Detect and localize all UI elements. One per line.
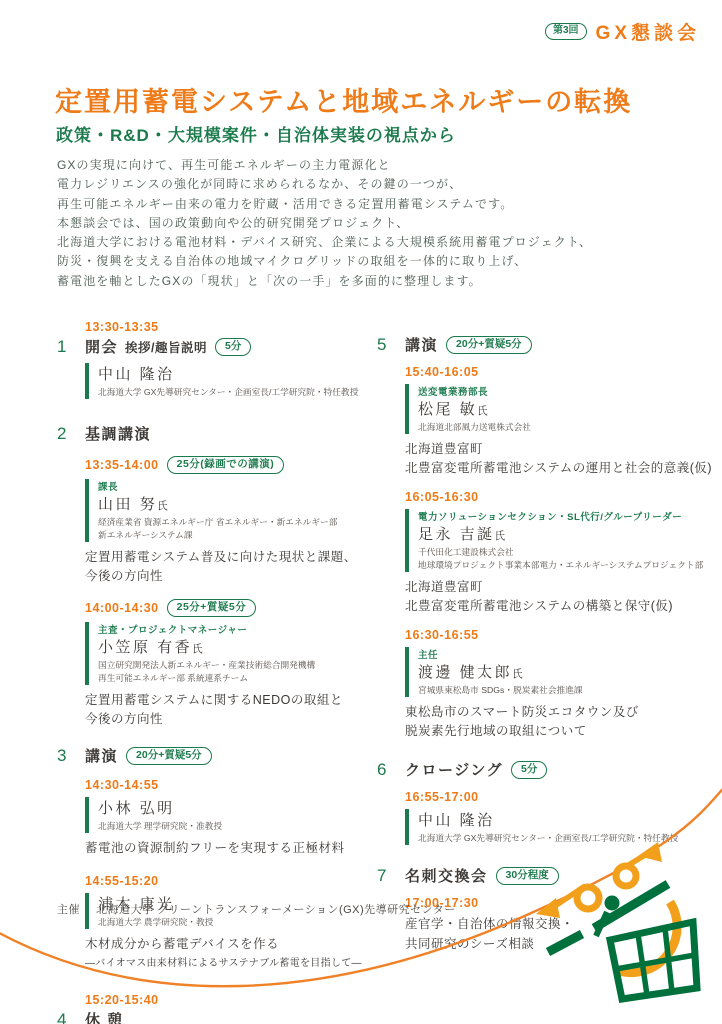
time-text: 13:35-14:00: [85, 458, 159, 472]
speaker-accent-bar: [405, 384, 409, 434]
speaker-name: 足永 吉誕氏: [418, 523, 703, 544]
item7-header: 7 名刺交換会 30分程度: [377, 865, 715, 886]
time-text: 16:55-17:00: [405, 790, 479, 804]
session-time: 14:00-14:30 25分+質疑5分: [85, 599, 365, 617]
speaker-role: 電力ソリューションセクション・SL代行/グループリーダー: [418, 509, 703, 523]
talk-line: 脱炭素先行地域の取組について: [405, 722, 715, 741]
speaker-block: 送変電業務部長 松尾 敏氏 北海道北部風力送電株式会社: [405, 384, 715, 434]
page-subtitle: 政策・R&D・大規模案件・自治体実装の視点から: [56, 121, 456, 146]
session-time: 14:55-15:20: [85, 874, 365, 888]
intro-line: 防災・復興を支える自治体の地域マイクログリッドの取組を一体的に取り上げ、: [57, 252, 592, 271]
intro-line: 蓄電池を軸としたGXの「現状」と「次の一手」を多面的に整理します。: [57, 272, 592, 291]
talk-line: 北豊富変電所蓄電池システムの構築と保守(仮): [405, 597, 715, 616]
time-text: 16:05-16:30: [405, 490, 479, 504]
intro-line: 電力レジリエンスの強化が同時に求められるなか、その鍵の一つが、: [57, 175, 592, 194]
item2-header: 2 基調講演: [57, 423, 365, 444]
speaker-affiliation: 北海道大学 農学研究院・教授: [98, 916, 213, 929]
speaker-name: 小林 弘明: [98, 797, 222, 818]
session-block: 14:55-15:20 浦木 康光 北海道大学 農学研究院・教授 木材成分から蓄…: [85, 874, 365, 973]
item6-title: クロージング: [405, 759, 503, 780]
duration-badge: 25分(録画での講演): [167, 456, 285, 474]
affiliation-line: 新エネルギーシステム課: [98, 529, 337, 542]
name-text: 松尾 敏: [418, 401, 477, 418]
item2-number: 2: [57, 424, 85, 444]
session-description: 産官学・自治体の情報交換・ 共同研究のシーズ相談: [405, 914, 715, 954]
session-block: 16:05-16:30 電力ソリューションセクション・SL代行/グループリーダー…: [405, 490, 715, 616]
affiliation-line: 再生可能エネルギー部 系統連系チーム: [98, 672, 315, 685]
item6-duration-badge: 5分: [511, 761, 547, 779]
session-time: 15:40-16:05: [405, 365, 715, 379]
speaker-name: 渡邊 健太郎氏: [418, 661, 583, 682]
talk-title: 北海道豊富町 北豊富変電所蓄電池システムの運用と社会的意義(仮): [405, 440, 715, 478]
session-block: 14:00-14:30 25分+質疑5分 主査・プロジェクトマネージャー 小笠原…: [85, 599, 365, 729]
intro-line: 再生可能エネルギー由来の電力を貯蔵・活用できる定置用蓄電システムです。: [57, 195, 592, 214]
event-brand-block: 第3回 GX懇談会: [545, 18, 700, 45]
item3-number: 3: [57, 746, 85, 766]
name-text: 渡邊 健太郎: [418, 664, 512, 681]
session-block: 13:35-14:00 25分(録画での講演) 課長 山田 努氏 経済産業省 資…: [85, 456, 365, 586]
talk-line: 北海道豊富町: [405, 578, 715, 597]
honorific: 氏: [512, 668, 523, 680]
speaker-name: 中山 隆治: [98, 363, 358, 384]
duration-badge: 25分+質疑5分: [167, 599, 257, 617]
honorific: 氏: [192, 643, 203, 655]
speaker-name: 小笠原 有香氏: [98, 636, 315, 657]
event-brand-title: GX懇談会: [596, 18, 700, 45]
item7-title: 名刺交換会: [405, 865, 488, 886]
session-block: 14:30-14:55 小林 弘明 北海道大学 理学研究院・准教授 蓄電池の資源…: [85, 778, 365, 858]
talk-line: 今後の方向性: [85, 710, 365, 729]
speaker-role: 主任: [418, 647, 583, 661]
item5-number: 5: [377, 335, 405, 355]
program-column-left: 13:30-13:35 1 開会 挨拶/趣旨説明 5分 中山 隆治 北海道大学 …: [57, 318, 365, 1024]
program-column-right: 5 講演 20分+質疑5分 15:40-16:05 送変電業務部長 松尾 敏氏 …: [377, 318, 715, 954]
speaker-accent-bar: [405, 809, 409, 845]
talk-title: 定置用蓄電システム普及に向けた現状と課題、 今後の方向性: [85, 548, 365, 586]
speaker-block: 電力ソリューションセクション・SL代行/グループリーダー 足永 吉誕氏 千代田化…: [405, 509, 715, 572]
session-time: 14:30-14:55: [85, 778, 365, 792]
session-time: 16:55-17:00: [405, 790, 715, 804]
name-text: 山田 努: [98, 496, 157, 513]
item1-title: 開会: [85, 336, 118, 357]
session-block: 15:40-16:05 送変電業務部長 松尾 敏氏 北海道北部風力送電株式会社 …: [405, 365, 715, 478]
organizer-label: 主催: [57, 901, 80, 917]
page-title: 定置用蓄電システムと地域エネルギーの転換: [55, 80, 632, 119]
session-block: 16:55-17:00 中山 隆治 北海道大学 GX先導研究センター・企画室長/…: [405, 790, 715, 845]
speaker-affiliation: 国立研究開発法人新エネルギー・産業技術総合開発機構 再生可能エネルギー部 系統連…: [98, 659, 315, 685]
speaker-block: 課長 山田 努氏 経済産業省 資源エネルギー庁 省エネルギー・新エネルギー部 新…: [85, 479, 365, 542]
talk-title: 北海道豊富町 北豊富変電所蓄電池システムの構築と保守(仮): [405, 578, 715, 616]
speaker-block: 主任 渡邊 健太郎氏 宮城県東松島市 SDGs・脱炭素社会推進課: [405, 647, 715, 697]
flyer-page: 第3回 GX懇談会 定置用蓄電システムと地域エネルギーの転換 政策・R&D・大規…: [0, 0, 722, 1024]
time-text: 15:40-16:05: [405, 365, 479, 379]
speaker-affiliation: 経済産業省 資源エネルギー庁 省エネルギー・新エネルギー部 新エネルギーシステム…: [98, 516, 337, 542]
session-block: 16:30-16:55 主任 渡邊 健太郎氏 宮城県東松島市 SDGs・脱炭素社…: [405, 628, 715, 741]
speaker-affiliation: 北海道大学 GX先導研究センター・企画室長/工学研究院・特任教授: [98, 386, 358, 399]
speaker-block: 小林 弘明 北海道大学 理学研究院・准教授: [85, 797, 365, 833]
intro-line: 北海道大学における電池材料・デバイス研究、企業による大規模系統用蓄電プロジェクト…: [57, 233, 592, 252]
talk-title: 蓄電池の資源制約フリーを実現する正極材料: [85, 839, 365, 858]
speaker-affiliation: 北海道北部風力送電株式会社: [418, 421, 531, 434]
speaker-affiliation: 千代田化工建設株式会社 地球環境プロジェクト事業本部電力・エネルギーシステムプロ…: [418, 546, 703, 572]
name-text: 小笠原 有香: [98, 639, 192, 656]
speaker-name: 松尾 敏氏: [418, 398, 531, 419]
session-number-badge: 第3回: [545, 23, 587, 40]
speaker-name: 中山 隆治: [418, 809, 678, 830]
honorific: 氏: [495, 530, 506, 542]
time-text: 16:30-16:55: [405, 628, 479, 642]
item5-duration-badge: 20分+質疑5分: [446, 336, 532, 354]
speaker-block: 中山 隆治 北海道大学 GX先導研究センター・企画室長/工学研究院・特任教授: [85, 363, 365, 399]
session-time: 16:30-16:55: [405, 628, 715, 642]
speaker-block: 主査・プロジェクトマネージャー 小笠原 有香氏 国立研究開発法人新エネルギー・産…: [85, 622, 365, 685]
speaker-accent-bar: [85, 363, 89, 399]
item5-header: 5 講演 20分+質疑5分: [377, 334, 715, 355]
session-time: 13:35-14:00 25分(録画での講演): [85, 456, 365, 474]
talk-subtitle: ―バイオマス由来材料によるサステナブル蓄電を目指して―: [85, 954, 365, 973]
organizer-name: 北海道大学 グリーントランスフォーメーション(GX)先導研究センター: [96, 901, 456, 917]
time-text: 14:55-15:20: [85, 874, 159, 888]
affiliation-line: 千代田化工建設株式会社: [418, 546, 703, 559]
talk-line: 定置用蓄電システムに関するNEDOの取組と: [85, 691, 365, 710]
honorific: 氏: [477, 405, 488, 417]
speaker-block: 中山 隆治 北海道大学 GX先導研究センター・企画室長/工学研究院・特任教授: [405, 809, 715, 845]
item7-duration-badge: 30分程度: [496, 867, 559, 885]
talk-line: 木材成分から蓄電デバイスを作る: [85, 935, 365, 954]
honorific: 氏: [157, 500, 168, 512]
speaker-name: 山田 努氏: [98, 493, 337, 514]
item3-header: 3 講演 20分+質疑5分: [57, 745, 365, 766]
speaker-accent-bar: [405, 647, 409, 697]
talk-line: 北海道豊富町: [405, 440, 715, 459]
speaker-affiliation: 北海道大学 GX先導研究センター・企画室長/工学研究院・特任教授: [418, 832, 678, 845]
item6-number: 6: [377, 760, 405, 780]
time-text: 14:30-14:55: [85, 778, 159, 792]
speaker-affiliation: 宮城県東松島市 SDGs・脱炭素社会推進課: [418, 684, 583, 697]
speaker-role: 課長: [98, 479, 337, 493]
item1-duration-badge: 5分: [215, 338, 251, 356]
description-line: 共同研究のシーズ相談: [405, 934, 715, 954]
item3-title: 講演: [85, 745, 118, 766]
talk-line: 定置用蓄電システム普及に向けた現状と課題、: [85, 548, 365, 567]
speaker-accent-bar: [85, 479, 89, 542]
time-text: 14:00-14:30: [85, 601, 159, 615]
item5-title: 講演: [405, 334, 438, 355]
item4-header: 4 休 憩: [57, 1009, 365, 1024]
organizer-line: 主催 北海道大学 グリーントランスフォーメーション(GX)先導研究センター: [57, 901, 456, 917]
speaker-accent-bar: [405, 509, 409, 572]
speaker-accent-bar: [85, 622, 89, 685]
talk-title: 定置用蓄電システムに関するNEDOの取組と 今後の方向性: [85, 691, 365, 729]
item1-number: 1: [57, 337, 85, 357]
intro-line: GXの実現に向けて、再生可能エネルギーの主力電源化と: [57, 156, 592, 175]
talk-line: 北豊富変電所蓄電池システムの運用と社会的意義(仮): [405, 459, 715, 478]
item6-header: 6 クロージング 5分: [377, 759, 715, 780]
item4-time: 15:20-15:40: [85, 993, 365, 1007]
talk-line: 今後の方向性: [85, 567, 365, 586]
item4-number: 4: [57, 1010, 85, 1024]
affiliation-line: 地球環境プロジェクト事業本部電力・エネルギーシステムプロジェクト部: [418, 559, 703, 572]
item2-title: 基調講演: [85, 423, 151, 444]
talk-line: 東松島市のスマート防災エコタウン及び: [405, 703, 715, 722]
speaker-accent-bar: [85, 797, 89, 833]
item7-number: 7: [377, 866, 405, 886]
intro-paragraph: GXの実現に向けて、再生可能エネルギーの主力電源化と 電力レジリエンスの強化が同…: [57, 156, 592, 291]
description-line: 産官学・自治体の情報交換・: [405, 914, 715, 934]
item1-time: 13:30-13:35: [85, 320, 365, 334]
affiliation-line: 経済産業省 資源エネルギー庁 省エネルギー・新エネルギー部: [98, 516, 337, 529]
session-time: 16:05-16:30: [405, 490, 715, 504]
intro-line: 本懇談会では、国の政策動向や公的研究開発プロジェクト、: [57, 214, 592, 233]
talk-title: 東松島市のスマート防災エコタウン及び 脱炭素先行地域の取組について: [405, 703, 715, 741]
item1-subtitle: 挨拶/趣旨説明: [125, 338, 207, 356]
speaker-affiliation: 北海道大学 理学研究院・准教授: [98, 820, 222, 833]
item4-title: 休 憩: [85, 1009, 124, 1024]
talk-title: 木材成分から蓄電デバイスを作る ―バイオマス由来材料によるサステナブル蓄電を目指…: [85, 935, 365, 973]
item1-header: 1 開会 挨拶/趣旨説明 5分: [57, 336, 365, 357]
name-text: 足永 吉誕: [418, 526, 495, 543]
item3-duration-badge: 20分+質疑5分: [126, 747, 212, 765]
speaker-role: 主査・プロジェクトマネージャー: [98, 622, 315, 636]
affiliation-line: 国立研究開発法人新エネルギー・産業技術総合開発機構: [98, 659, 315, 672]
speaker-role: 送変電業務部長: [418, 384, 531, 398]
